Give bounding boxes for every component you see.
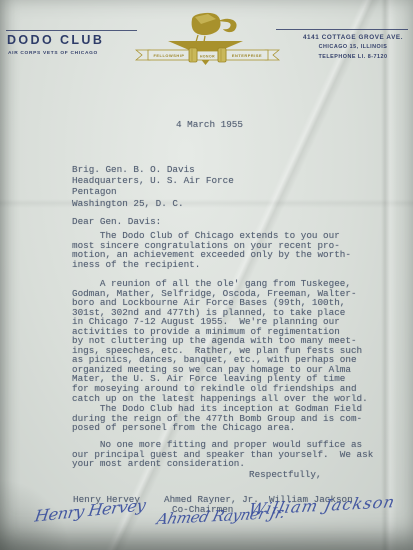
letterhead-address-block: 4141 COTTAGE GROVE AVE. CHICAGO 15, ILLI… bbox=[292, 34, 413, 63]
scanned-letter-page: DODO CLUB AIR CORPS VETS OF CHICAGO FELL… bbox=[0, 0, 413, 550]
ribbon-roll-right bbox=[218, 48, 226, 62]
paragraph-3: The Dodo Club had its inception at Godma… bbox=[72, 404, 362, 433]
paragraph-2: A reunion of all the ole' gang from Tusk… bbox=[72, 279, 368, 403]
dodo-bird-icon bbox=[192, 13, 237, 42]
dodo-club-emblem: FELLOWSHIP HONOR ENTERPRISE bbox=[135, 10, 280, 66]
salutation: Dear Gen. Davis: bbox=[72, 217, 161, 227]
paragraph-1: The Dodo Club of Chicago extends to you … bbox=[72, 231, 351, 269]
letterhead-rule-right bbox=[276, 29, 408, 30]
letterhead-city: CHICAGO 15, ILLINOIS bbox=[292, 44, 413, 50]
ribbon-word-right: ENTERPRISE bbox=[232, 53, 262, 58]
org-name: DODO CLUB bbox=[7, 33, 104, 47]
ribbon-roll-left bbox=[189, 48, 197, 62]
triangle-tip bbox=[202, 60, 210, 65]
letterhead-street: 4141 COTTAGE GROVE AVE. bbox=[292, 34, 413, 41]
letterhead-rule-left bbox=[6, 30, 137, 31]
org-tagline: AIR CORPS VETS OF CHICAGO bbox=[8, 51, 98, 56]
closing: Respectfully, bbox=[249, 470, 322, 480]
letter-date: 4 March 1955 bbox=[176, 120, 243, 130]
paragraph-4: No one more fitting and proper would suf… bbox=[72, 440, 373, 469]
recipient-address: Brig. Gen. B. O. Davis Headquarters, U. … bbox=[72, 164, 234, 209]
ribbon-word-center: HONOR bbox=[200, 54, 215, 58]
letterhead-phone: TELEPHONE LI. 8-7120 bbox=[292, 54, 413, 60]
ribbon-word-left: FELLOWSHIP bbox=[153, 53, 184, 58]
